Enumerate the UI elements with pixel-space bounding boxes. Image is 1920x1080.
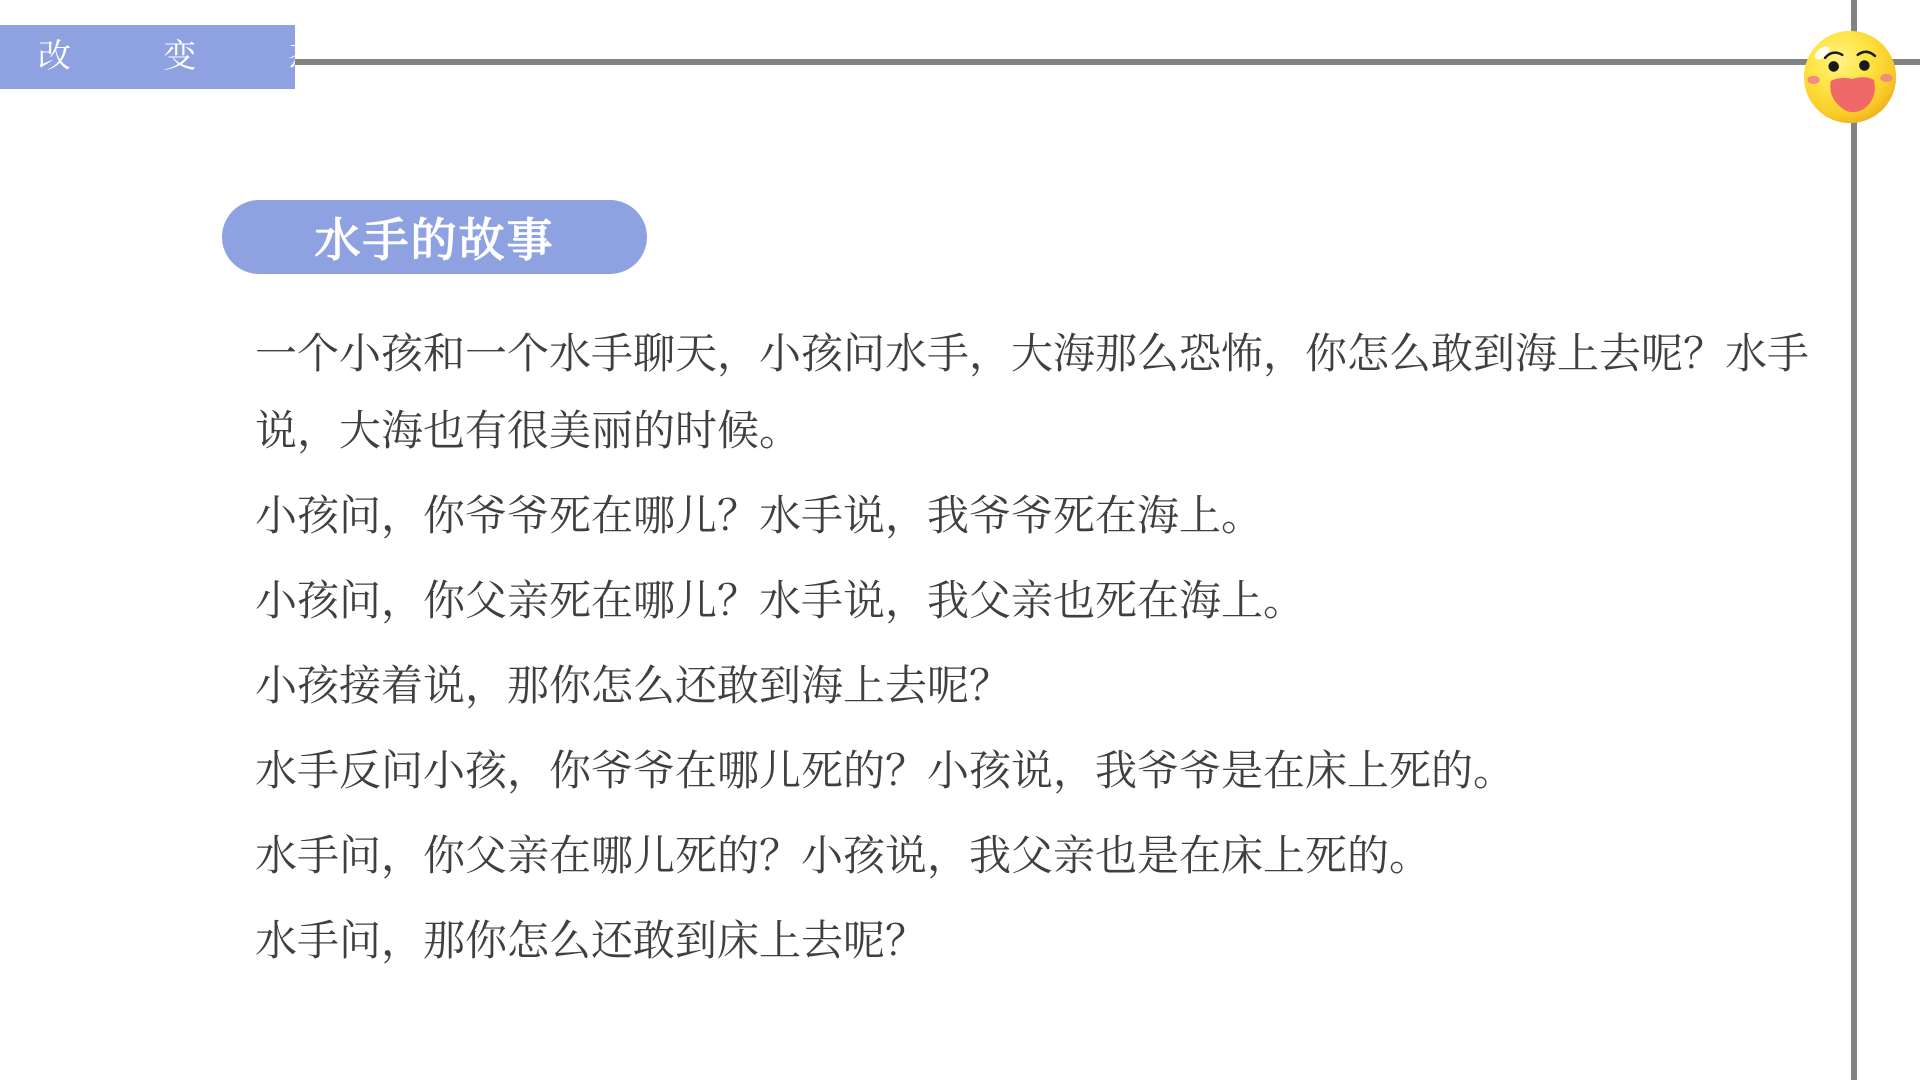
story-line: 水手反问小孩，你爷爷在哪儿死的？小孩说，我爷爷是在床上死的。 (255, 728, 1675, 813)
story-line: 一个小孩和一个水手聊天，小孩问水手，大海那么恐怖，你怎么敢到海上去呢？水手 (255, 311, 1675, 396)
slide-title-pill: 水手的故事 (222, 200, 647, 274)
vertical-divider-line (1851, 0, 1857, 1080)
story-line: 水手问，那你怎么还敢到床上去呢？ (255, 898, 1675, 983)
section-tag: 改 变 态 度 (0, 25, 295, 89)
story-line: 小孩问，你父亲死在哪儿？水手说，我父亲也死在海上。 (255, 558, 1675, 643)
horizontal-divider-line (290, 59, 1920, 65)
story-line: 水手问，你父亲在哪儿死的？小孩说，我父亲也是在床上死的。 (255, 813, 1675, 898)
section-tag-label: 改 变 态 度 (38, 39, 295, 75)
story-line: 小孩接着说，那你怎么还敢到海上去呢？ (255, 643, 1675, 728)
smiley-face-graphic (1802, 29, 1898, 125)
story-line: 说，大海也有很美丽的时候。 (255, 388, 1675, 473)
story-text-block: 一个小孩和一个水手聊天，小孩问水手，大海那么恐怖，你怎么敢到海上去呢？水手 说，… (255, 311, 1675, 983)
laughing-smiley-emoji-icon (1802, 29, 1898, 125)
story-line: 小孩问，你爷爷死在哪儿？水手说，我爷爷死在海上。 (255, 473, 1675, 558)
slide-title-text: 水手的故事 (315, 204, 555, 270)
